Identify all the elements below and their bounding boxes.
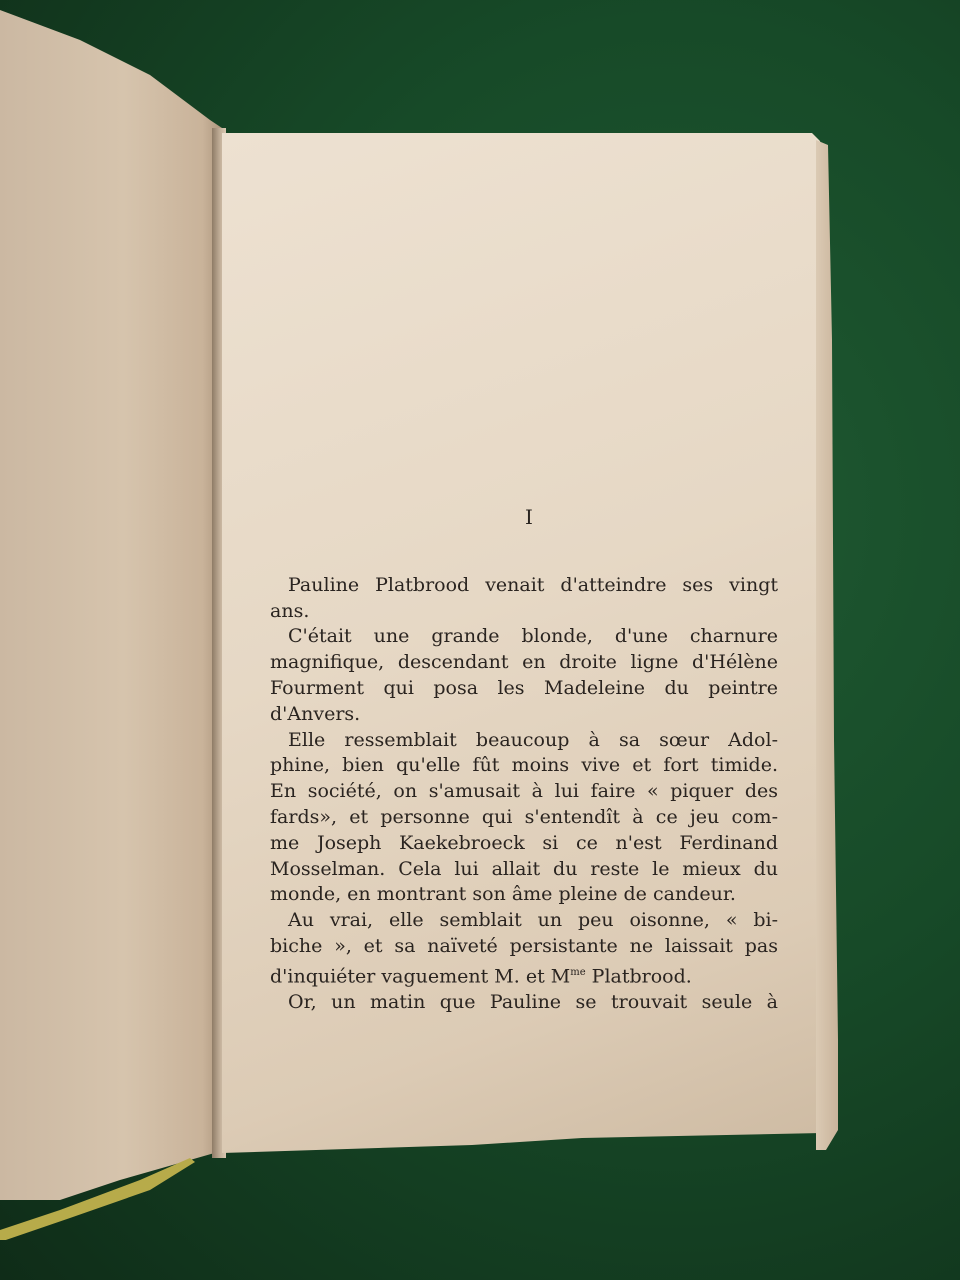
text-line-with-superscript: d'inquiéter vaguement M. et Mme Platbroo… [270, 960, 778, 990]
text-line: En société, on s'amusait à lui faire « p… [270, 779, 778, 805]
paragraph-4: Au vrai, elle semblait un peu oisonne, «… [270, 908, 778, 1016]
text-line: biche », et sa naïveté persistante ne la… [270, 934, 778, 960]
page-text: I Pauline Platbrood venait d'atteindre s… [270, 505, 778, 1016]
paragraph-3: Elle ressemblait beaucoup à sa sœur Adol… [270, 728, 778, 909]
chapter-heading: I [270, 505, 778, 531]
text-line: Elle ressemblait beaucoup à sa sœur Adol… [270, 728, 778, 754]
page-edges [816, 140, 838, 1150]
text-line: d'Anvers. [270, 702, 778, 728]
text-line: me Joseph Kaekebroeck si ce n'est Ferdin… [270, 831, 778, 857]
text-line: fards», et personne qui s'entendît à ce … [270, 805, 778, 831]
text-line: ans. [270, 599, 778, 625]
paragraph-1: Pauline Platbrood venait d'atteindre ses… [270, 573, 778, 625]
text-line: magnifique, descendant en droite ligne d… [270, 650, 778, 676]
text-line: Fourment qui posa les Madeleine du peint… [270, 676, 778, 702]
left-page [0, 0, 225, 1200]
text-line: C'était une grande blonde, d'une charnur… [270, 624, 778, 650]
text-line: monde, en montrant son âme pleine de can… [270, 882, 778, 908]
superscript: me [570, 967, 585, 978]
text-fragment: d'inquiéter vaguement M. et M [270, 965, 570, 987]
text-fragment: Platbrood. [586, 965, 692, 987]
text-line: Pauline Platbrood venait d'atteindre ses… [270, 573, 778, 599]
paragraph-2: C'était une grande blonde, d'une charnur… [270, 624, 778, 727]
text-line: Au vrai, elle semblait un peu oisonne, «… [270, 908, 778, 934]
text-line: Mosselman. Cela lui allait du reste le m… [270, 857, 778, 883]
text-line: phine, bien qu'elle fût moins vive et fo… [270, 753, 778, 779]
text-line: Or, un matin que Pauline se trouvait seu… [270, 990, 778, 1016]
